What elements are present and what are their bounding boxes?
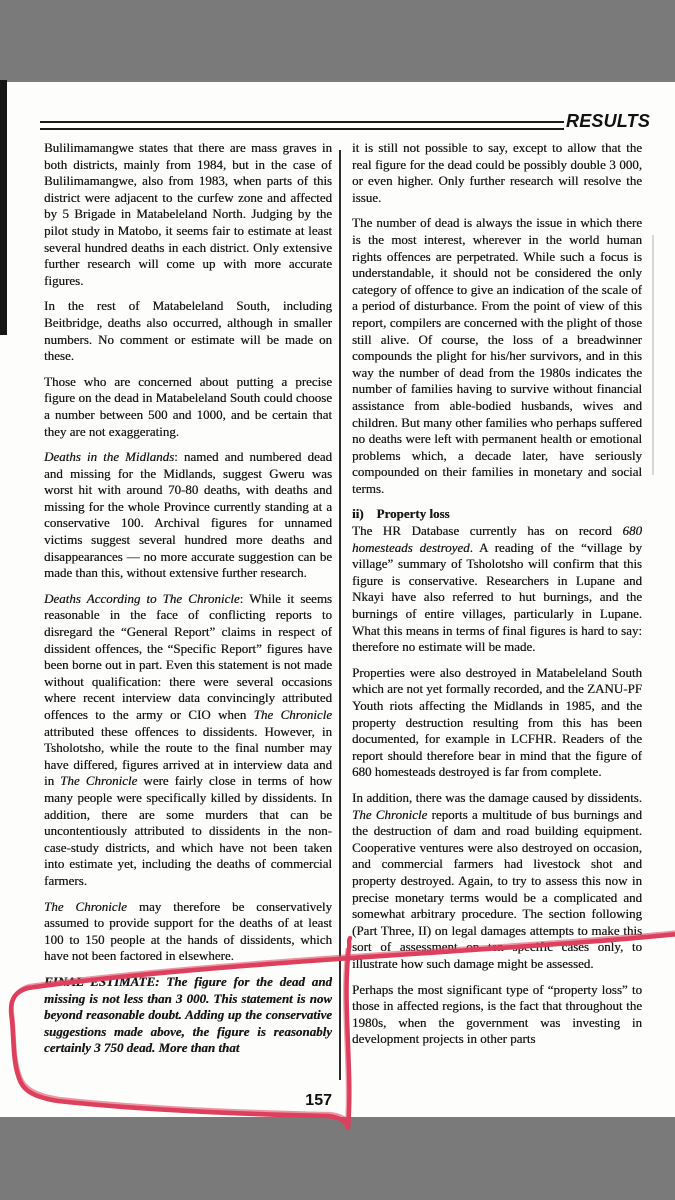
right-column: it is still not possible to say, except … (352, 140, 642, 1102)
text-segment: . A reading of the “village by village” … (352, 540, 642, 655)
header-double-rule (40, 121, 564, 130)
paragraph: Properties were also destroyed in Matabe… (352, 665, 642, 781)
paragraph: Deaths According to The Chronicle: While… (44, 591, 332, 890)
text-segment: FINAL ESTIMATE: The figure for the dead … (44, 974, 332, 1055)
paragraph: ii) Property loss (352, 506, 642, 523)
page-header-title: RESULTS (566, 111, 666, 132)
text-segment: The HR Database currently has on record (352, 523, 623, 538)
text-segment: Properties were also destroyed in Matabe… (352, 665, 642, 780)
text-segment: Deaths in the Midlands (44, 449, 174, 464)
paragraph: In addition, there was the damage caused… (352, 790, 642, 973)
page-edge-shadow (652, 235, 654, 475)
text-segment: Bulilimamangwe states that there are mas… (44, 140, 332, 288)
paragraph: The HR Database currently has on record … (352, 523, 642, 656)
page-top-edge (0, 80, 675, 82)
paragraph: The number of dead is always the issue i… (352, 215, 642, 497)
text-segment: Those who are concerned about putting a … (44, 374, 332, 439)
page-number: 157 (250, 1092, 332, 1110)
text-segment: The Chronicle (60, 773, 137, 788)
column-divider (339, 150, 341, 1080)
paragraph: Those who are concerned about putting a … (44, 374, 332, 440)
text-segment: Deaths According to The Chronicle (44, 591, 240, 606)
paragraph: Perhaps the most significant type of “pr… (352, 982, 642, 1048)
text-segment: Perhaps the most significant type of “pr… (352, 982, 642, 1047)
text-segment: ii) Property loss (352, 506, 450, 521)
text-segment: reports a multitude of bus burnings and … (352, 807, 642, 971)
text-segment: In addition, there was the damage caused… (352, 790, 642, 805)
paragraph: In the rest of Matabeleland South, inclu… (44, 298, 332, 364)
text-segment: The number of dead is always the issue i… (352, 215, 642, 496)
text-segment: In the rest of Matabeleland South, inclu… (44, 298, 332, 363)
left-column: Bulilimamangwe states that there are mas… (44, 140, 332, 1088)
text-segment: : While it seems reasonable in the face … (44, 591, 332, 722)
text-segment: it is still not possible to say, except … (352, 140, 642, 205)
paragraph: Deaths in the Midlands: named and number… (44, 449, 332, 582)
text-segment: The Chronicle (352, 807, 427, 822)
text-segment: The Chronicle (254, 707, 332, 722)
left-scan-artifact-bar (0, 80, 7, 335)
text-segment: : named and numbered dead and missing fo… (44, 449, 332, 580)
text-segment: The Chronicle (44, 899, 127, 914)
paragraph: FINAL ESTIMATE: The figure for the dead … (44, 974, 332, 1057)
paragraph: The Chronicle may therefore be conservat… (44, 899, 332, 965)
paragraph: Bulilimamangwe states that there are mas… (44, 140, 332, 289)
text-segment: were fairly close in terms of how many p… (44, 773, 332, 888)
paragraph: it is still not possible to say, except … (352, 140, 642, 206)
